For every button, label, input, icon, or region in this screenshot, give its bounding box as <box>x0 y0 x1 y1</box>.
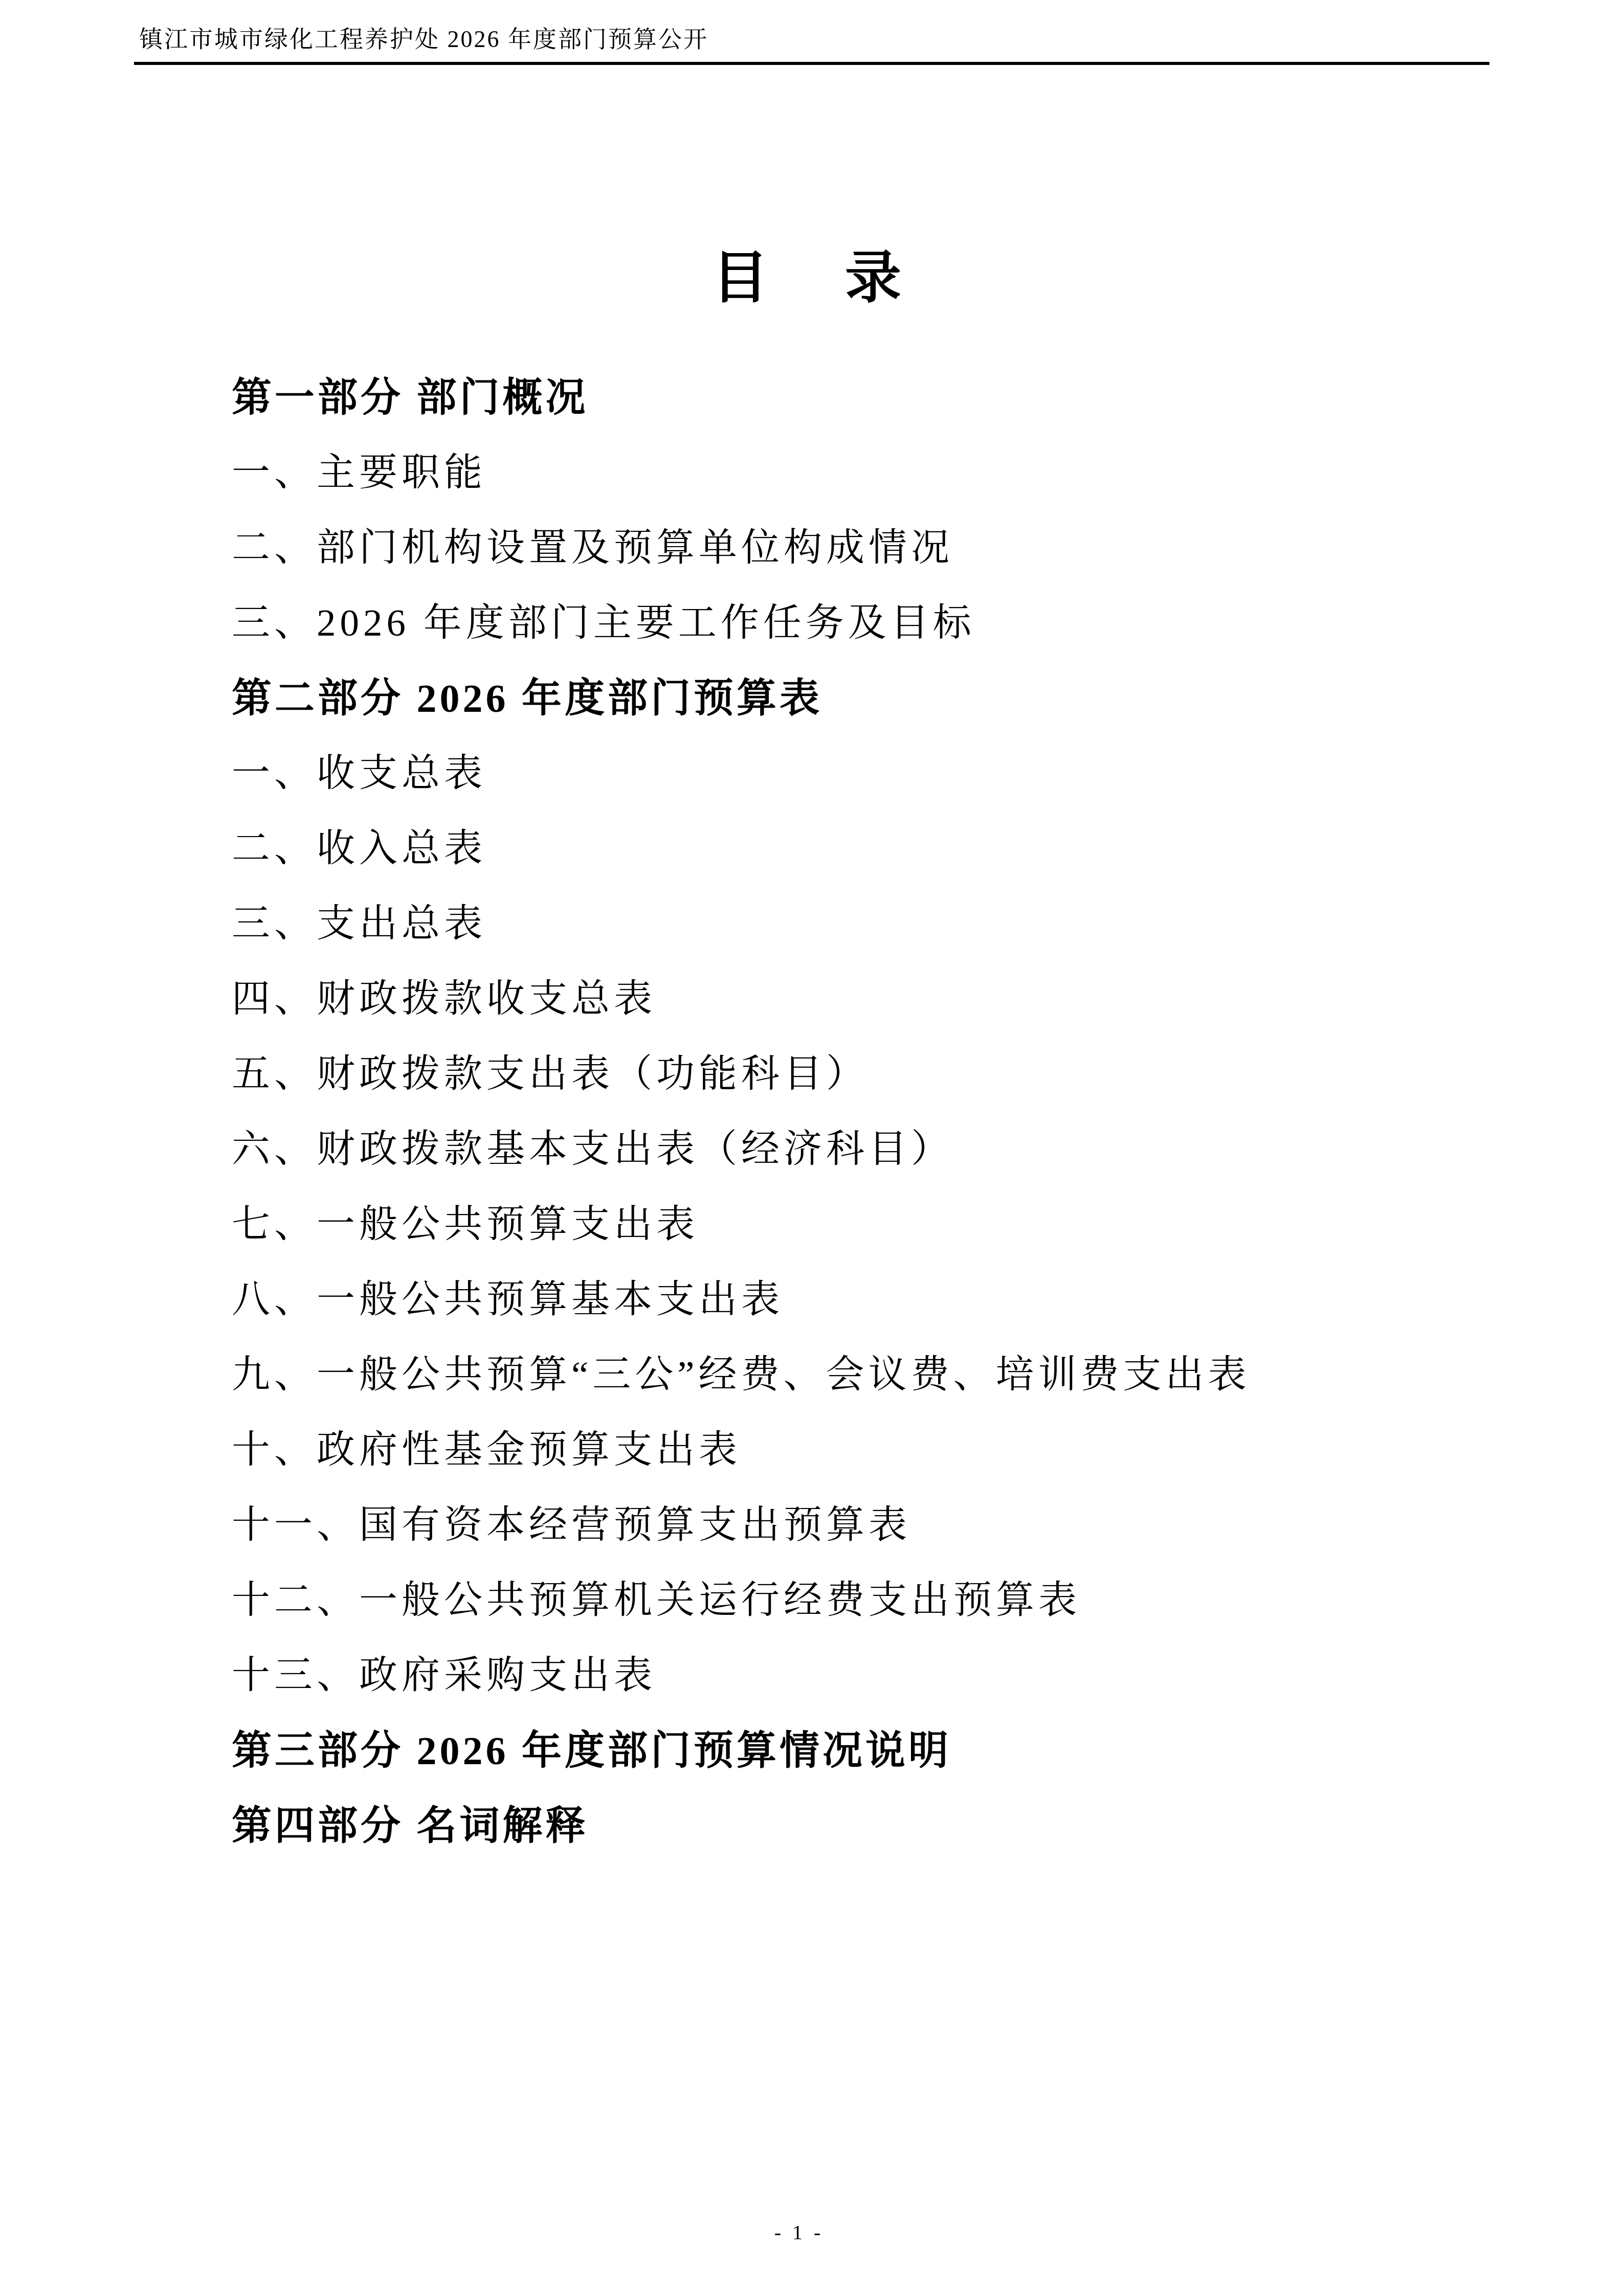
toc-entry: 二、部门机构设置及预算单位构成情况 <box>232 507 1562 582</box>
toc-entry: 十三、政府采购支出表 <box>232 1634 1562 1709</box>
header-title: 镇江市城市绿化工程养护处 2026 年度部门预算公开 <box>139 22 708 56</box>
header-divider <box>134 62 1489 65</box>
toc-entry: 十、政府性基金预算支出表 <box>232 1409 1562 1484</box>
page-footer: - 1 - <box>134 2219 1464 2246</box>
toc-entry: 十二、一般公共预算机关运行经费支出预算表 <box>232 1559 1562 1634</box>
toc-entry: 一、主要职能 <box>232 432 1562 507</box>
toc-entry: 十一、国有资本经营预算支出预算表 <box>232 1484 1562 1559</box>
toc-entry: 五、财政拨款支出表（功能科目） <box>232 1033 1562 1108</box>
toc-section-heading: 第一部分 部门概况 <box>232 356 1562 432</box>
toc-entry: 三、支出总表 <box>232 883 1562 958</box>
toc-entry: 六、财政拨款基本支出表（经济科目） <box>232 1108 1562 1183</box>
toc-entry: 九、一般公共预算“三公”经费、会议费、培训费支出表 <box>232 1334 1562 1409</box>
toc-section-heading: 第四部分 名词解释 <box>232 1785 1562 1860</box>
toc-entry: 八、一般公共预算基本支出表 <box>232 1258 1562 1334</box>
toc-entry: 四、财政拨款收支总表 <box>232 958 1562 1033</box>
document-title: 目 录 <box>134 236 1489 321</box>
page-number: - 1 - <box>774 2221 824 2244</box>
table-of-contents: 第一部分 部门概况一、主要职能二、部门机构设置及预算单位构成情况三、2026 年… <box>232 356 1562 1860</box>
toc-entry: 二、收入总表 <box>232 807 1562 883</box>
toc-section-heading: 第二部分 2026 年度部门预算表 <box>232 657 1562 732</box>
toc-entry: 一、收支总表 <box>232 732 1562 807</box>
toc-entry: 七、一般公共预算支出表 <box>232 1183 1562 1258</box>
toc-entry: 三、2026 年度部门主要工作任务及目标 <box>232 582 1562 657</box>
document-page: 镇江市城市绿化工程养护处 2026 年度部门预算公开 目 录 第一部分 部门概况… <box>0 0 1624 2296</box>
toc-section-heading: 第三部分 2026 年度部门预算情况说明 <box>232 1709 1562 1785</box>
